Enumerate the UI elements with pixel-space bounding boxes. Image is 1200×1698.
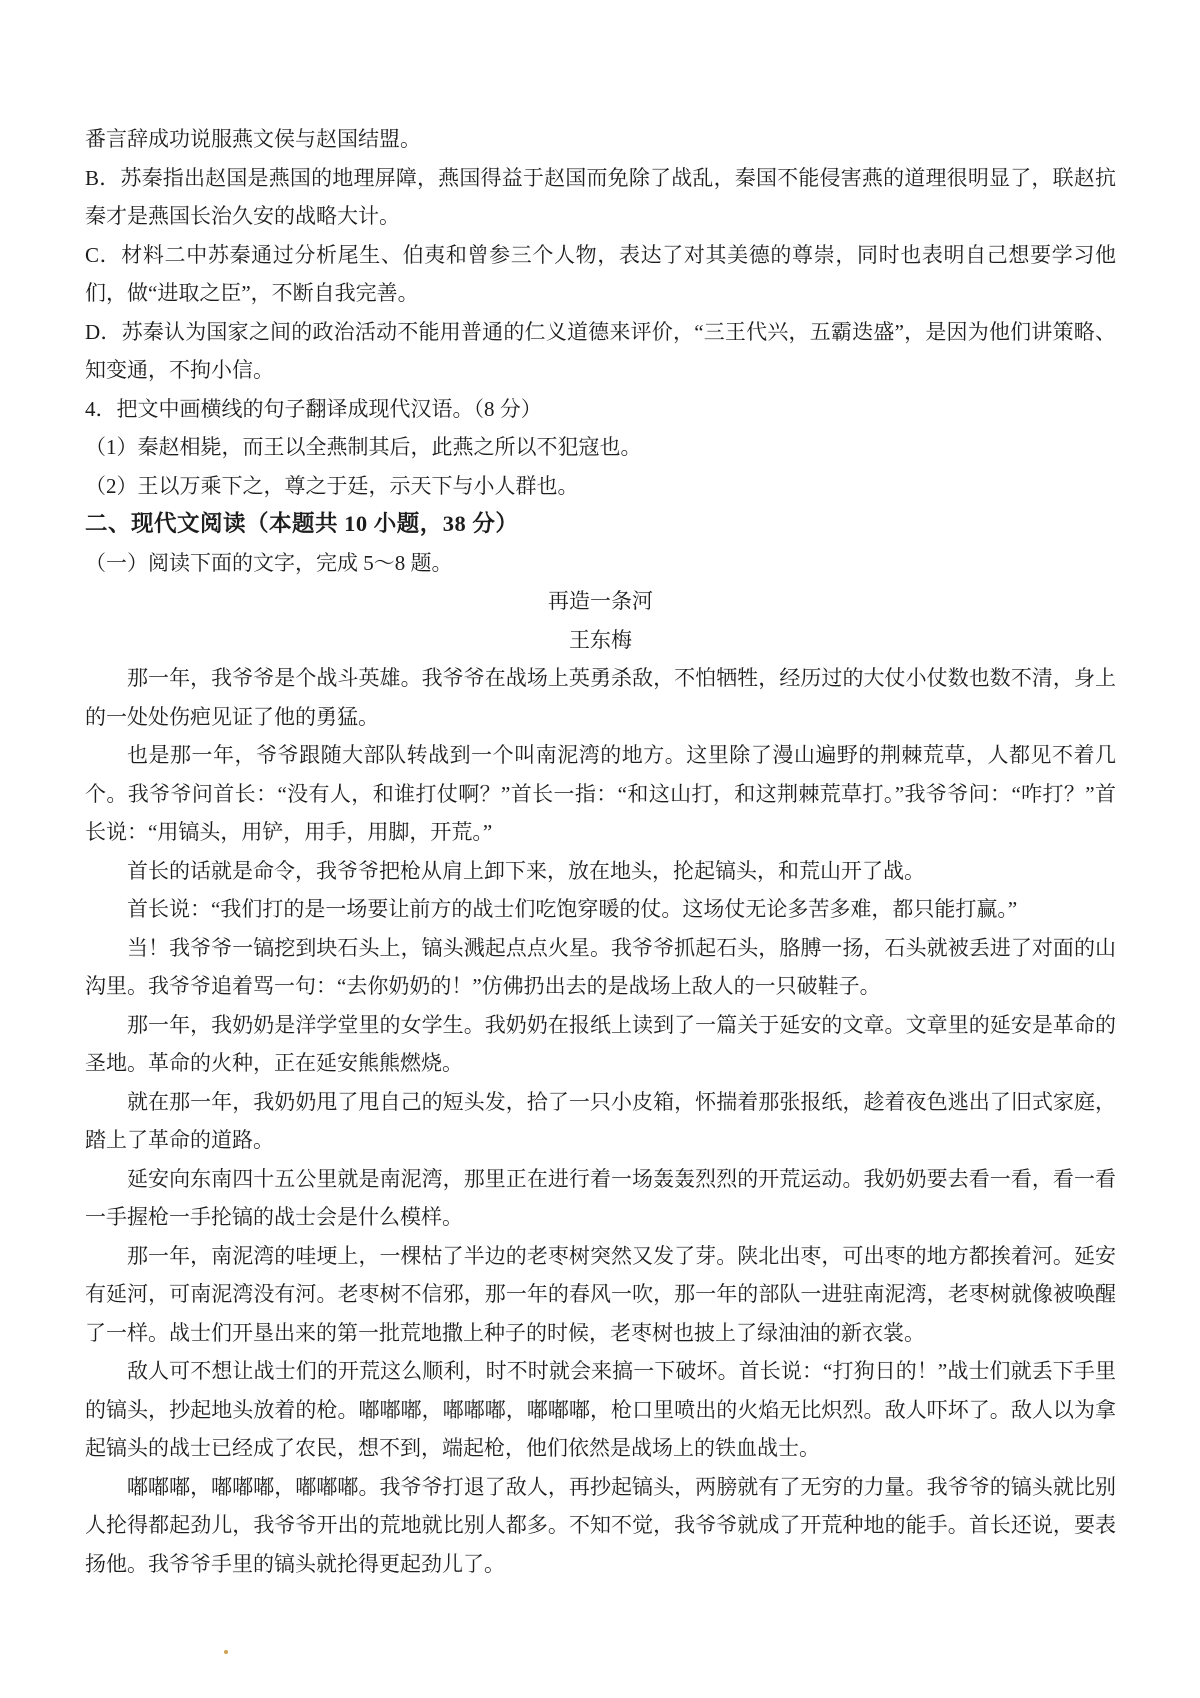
exam-document-page: 番言辞成功说服燕文侯与赵国结盟。 B．苏秦指出赵国是燕国的地理屏障，燕国得益于赵… xyxy=(0,0,1200,1698)
passage-paragraph: 首长说：“我们打的是一场要让前方的战士们吃饱穿暖的仗。这场仗无论多苦多难，都只能… xyxy=(85,890,1116,929)
section-2-intro: （一）阅读下面的文字，完成 5～8 题。 xyxy=(85,544,1116,583)
question-4-stem: 4．把文中画横线的句子翻译成现代汉语。（8 分） xyxy=(85,390,1116,429)
document-content: 番言辞成功说服燕文侯与赵国结盟。 B．苏秦指出赵国是燕国的地理屏障，燕国得益于赵… xyxy=(85,120,1116,1583)
choice-option-c: C．材料二中苏秦通过分析尾生、伯夷和曾参三个人物，表达了对其美德的尊崇，同时也表… xyxy=(85,236,1116,313)
passage-author: 王东梅 xyxy=(85,621,1116,660)
section-2-heading: 二、现代文阅读（本题共 10 小题，38 分） xyxy=(85,505,1116,544)
passage-paragraph: 首长的话就是命令，我爷爷把枪从肩上卸下来，放在地头，抡起镐头，和荒山开了战。 xyxy=(85,852,1116,891)
passage-title: 再造一条河 xyxy=(85,582,1116,621)
passage-paragraph: 就在那一年，我奶奶甩了甩自己的短头发，拾了一只小皮箱，怀揣着那张报纸，趁着夜色逃… xyxy=(85,1083,1116,1160)
scan-speck-artifact xyxy=(224,1650,228,1654)
passage-paragraph: 嘟嘟嘟，嘟嘟嘟，嘟嘟嘟。我爷爷打退了敌人，再抄起镐头，两膀就有了无穷的力量。我爷… xyxy=(85,1468,1116,1584)
choice-option-d: D．苏秦认为国家之间的政治活动不能用普通的仁义道德来评价，“三王代兴，五霸迭盛”… xyxy=(85,313,1116,390)
passage-paragraph: 敌人可不想让战士们的开荒这么顺利，时不时就会来搞一下破坏。首长说：“打狗日的！”… xyxy=(85,1352,1116,1468)
passage-paragraph: 也是那一年，爷爷跟随大部队转战到一个叫南泥湾的地方。这里除了漫山遍野的荆棘荒草，… xyxy=(85,736,1116,852)
passage-paragraph: 那一年，南泥湾的哇埂上，一棵枯了半边的老枣树突然又发了芽。陕北出枣，可出枣的地方… xyxy=(85,1237,1116,1353)
passage-paragraph: 那一年，我奶奶是洋学堂里的女学生。我奶奶在报纸上读到了一篇关于延安的文章。文章里… xyxy=(85,1006,1116,1083)
question-4-part-1: （1）秦赵相毙，而王以全燕制其后，此燕之所以不犯寇也。 xyxy=(85,428,1116,467)
question-4-part-2: （2）王以万乘下之，尊之于廷，示天下与小人群也。 xyxy=(85,467,1116,506)
option-a-tail-line: 番言辞成功说服燕文侯与赵国结盟。 xyxy=(85,120,1116,159)
passage-paragraph: 延安向东南四十五公里就是南泥湾，那里正在进行着一场轰轰烈烈的开荒运动。我奶奶要去… xyxy=(85,1160,1116,1237)
passage-paragraph: 当！我爷爷一镐挖到块石头上，镐头溅起点点火星。我爷爷抓起石头，胳膊一扬，石头就被… xyxy=(85,929,1116,1006)
passage-paragraph: 那一年，我爷爷是个战斗英雄。我爷爷在战场上英勇杀敌，不怕牺牲，经历过的大仗小仗数… xyxy=(85,659,1116,736)
choice-option-b: B．苏秦指出赵国是燕国的地理屏障，燕国得益于赵国而免除了战乱，秦国不能侵害燕的道… xyxy=(85,159,1116,236)
